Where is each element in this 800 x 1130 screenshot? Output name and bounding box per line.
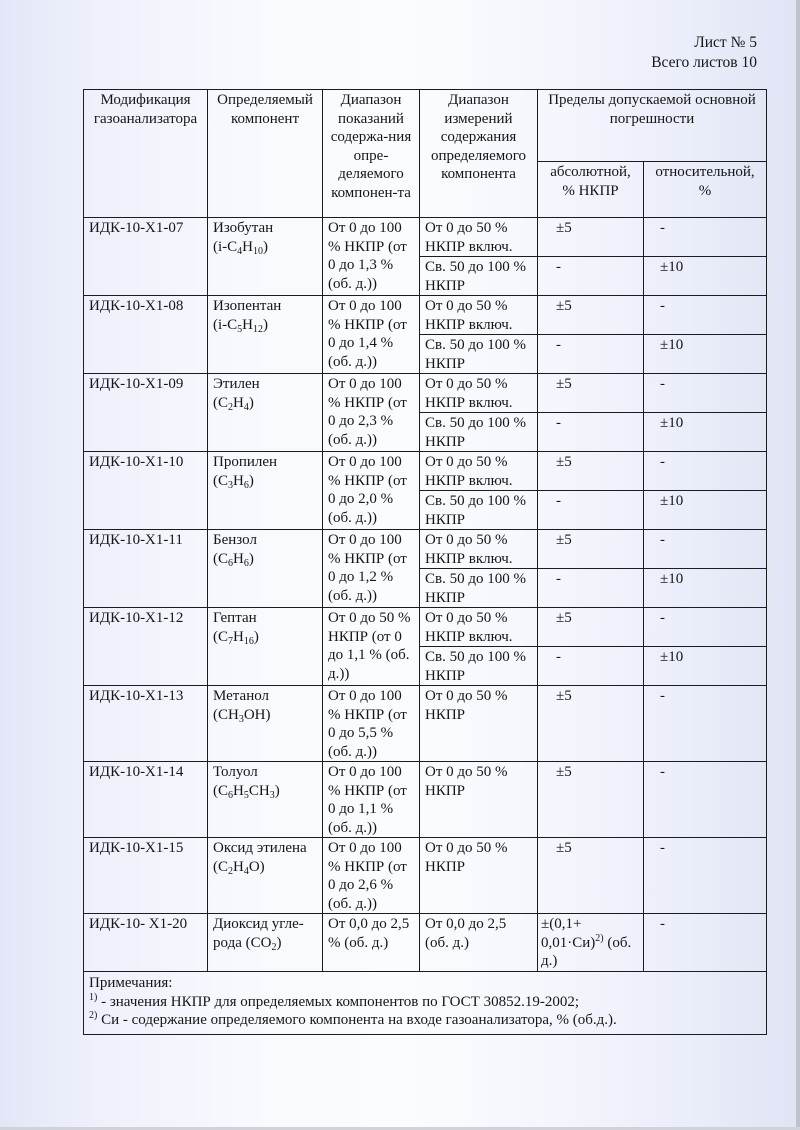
cell-component: Этилен(C2H4) xyxy=(208,374,323,452)
cell-display-range: От 0,0 до 2,5 % (об. д.) xyxy=(323,914,420,972)
cell-model: ИДК-10- Х1-20 xyxy=(84,914,208,972)
cell-component: Пропилен(C3H6) xyxy=(208,452,323,530)
component-formula: (C2H4) xyxy=(213,394,317,413)
cell-model: ИДК-10-Х1-14 xyxy=(84,762,208,838)
header-display-range: Диапазон показаний содержа-ния опре-деля… xyxy=(323,90,420,218)
component-formula: (C3H6) xyxy=(213,472,317,491)
cell-rel-error: - xyxy=(644,838,767,914)
cell-measure-range: От 0 до 50 % НКПР xyxy=(420,686,538,762)
note-item: 2) Си - содержание определяемого компоне… xyxy=(89,1011,761,1030)
cell-display-range: От 0 до 100 % НКПР (от 0 до 1,3 % (об. д… xyxy=(323,218,420,296)
cell-measure-range: От 0 до 50 % НКПР включ. xyxy=(420,452,538,491)
cell-component: Бензол(C6H6) xyxy=(208,530,323,608)
cell-model: ИДК-10-Х1-10 xyxy=(84,452,208,530)
cell-display-range: От 0 до 100 % НКПР (от 0 до 5,5 % (об. д… xyxy=(323,686,420,762)
cell-measure-range: От 0 до 50 % НКПР включ. xyxy=(420,374,538,413)
cell-display-range: От 0 до 100 % НКПР (от 0 до 1,2 % (об. д… xyxy=(323,530,420,608)
spec-table-body: Модификация газоанализатора Определяемый… xyxy=(84,90,767,1035)
cell-measure-range: От 0 до 50 % НКПР включ. xyxy=(420,218,538,257)
cell-abs-error: ±5 xyxy=(538,838,644,914)
cell-measure-range: Св. 50 до 100 % НКПР xyxy=(420,335,538,374)
cell-component: Оксид этилена(C2H4O) xyxy=(208,838,323,914)
cell-rel-error: ±10 xyxy=(644,257,767,296)
cell-abs-error: - xyxy=(538,413,644,452)
cell-component: Изобутан(i-C4H10) xyxy=(208,218,323,296)
spec-table: Модификация газоанализатора Определяемый… xyxy=(83,89,767,1035)
table-row: ИДК-10-Х1-13Метанол(CH3OH)От 0 до 100 % … xyxy=(84,686,767,762)
cell-abs-error: - xyxy=(538,647,644,686)
cell-abs-error: ±5 xyxy=(538,762,644,838)
cell-model: ИДК-10-Х1-12 xyxy=(84,608,208,686)
header-component: Определяемый компонент xyxy=(208,90,323,218)
component-formula: (C6H6) xyxy=(213,550,317,569)
table-row: ИДК-10-Х1-09Этилен(C2H4)От 0 до 100 % НК… xyxy=(84,374,767,413)
cell-measure-range: Св. 50 до 100 % НКПР xyxy=(420,413,538,452)
sheet-number: Лист № 5 xyxy=(651,33,757,53)
table-row: ИДК-10-Х1-07Изобутан(i-C4H10)От 0 до 100… xyxy=(84,218,767,257)
header-row: Модификация газоанализатора Определяемый… xyxy=(84,90,767,162)
cell-rel-error: - xyxy=(644,914,767,972)
footnote-marker: 1) xyxy=(89,992,97,1003)
component-name: Оксид этилена xyxy=(213,839,317,858)
cell-display-range: От 0 до 100 % НКПР (от 0 до 1,1 % (об. д… xyxy=(323,762,420,838)
component-formula: (i-C4H10) xyxy=(213,238,317,257)
header-absolute: абсолютной, % НКПР xyxy=(538,162,644,218)
cell-model: ИДК-10-Х1-15 xyxy=(84,838,208,914)
table-row: ИДК-10-Х1-12Гептан(C7H16)От 0 до 50 % НК… xyxy=(84,608,767,647)
cell-component: Изопентан(i-C5H12) xyxy=(208,296,323,374)
component-name: Метанол xyxy=(213,687,317,706)
cell-measure-range: От 0,0 до 2,5 (об. д.) xyxy=(420,914,538,972)
notes-cell: Примечания:1) - значения НКПР для опреде… xyxy=(84,972,767,1035)
cell-model: ИДК-10-Х1-11 xyxy=(84,530,208,608)
table-row: ИДК-10-Х1-11Бензол(C6H6)От 0 до 100 % НК… xyxy=(84,530,767,569)
cell-abs-error: - xyxy=(538,257,644,296)
cell-component: Гептан(C7H16) xyxy=(208,608,323,686)
cell-model: ИДК-10-Х1-09 xyxy=(84,374,208,452)
component-formula: (C7H16) xyxy=(213,628,317,647)
cell-rel-error: - xyxy=(644,608,767,647)
cell-display-range: От 0 до 100 % НКПР (от 0 до 2,3 % (об. д… xyxy=(323,374,420,452)
cell-abs-error: ±5 xyxy=(538,530,644,569)
component-formula: (C6H5CH3) xyxy=(213,782,317,801)
notes-title: Примечания: xyxy=(89,974,761,993)
header-relative: относительной, % xyxy=(644,162,767,218)
component-formula: (C2H4O) xyxy=(213,858,317,877)
cell-abs-error: ±5 xyxy=(538,296,644,335)
table-row: ИДК-10-Х1-14Толуол(C6H5CH3)От 0 до 100 %… xyxy=(84,762,767,838)
cell-rel-error: - xyxy=(644,686,767,762)
table-row: ИДК-10-Х1-10Пропилен(C3H6)От 0 до 100 % … xyxy=(84,452,767,491)
scan-edge-right xyxy=(796,0,800,1130)
table-row: ИДК-10-Х1-15Оксид этилена(C2H4O)От 0 до … xyxy=(84,838,767,914)
cell-component: Метанол(CH3OH) xyxy=(208,686,323,762)
cell-measure-range: Св. 50 до 100 % НКПР xyxy=(420,569,538,608)
cell-abs-error: ±5 xyxy=(538,218,644,257)
table-row: ИДК-10-Х1-08Изопентан(i-C5H12)От 0 до 10… xyxy=(84,296,767,335)
cell-abs-error: ±5 xyxy=(538,608,644,647)
component-name: Изобутан xyxy=(213,219,317,238)
cell-measure-range: От 0 до 50 % НКПР включ. xyxy=(420,296,538,335)
cell-rel-error: ±10 xyxy=(644,491,767,530)
cell-rel-error: - xyxy=(644,762,767,838)
cell-component: Толуол(C6H5CH3) xyxy=(208,762,323,838)
header-modification: Модификация газоанализатора xyxy=(84,90,208,218)
cell-rel-error: ±10 xyxy=(644,335,767,374)
component-formula: (CO2) xyxy=(242,935,282,951)
cell-abs-error: ±5 xyxy=(538,686,644,762)
cell-measure-range: Св. 50 до 100 % НКПР xyxy=(420,491,538,530)
cell-measure-range: От 0 до 50 % НКПР xyxy=(420,762,538,838)
component-name: Пропилен xyxy=(213,453,317,472)
cell-display-range: От 0 до 100 % НКПР (от 0 до 2,0 % (об. д… xyxy=(323,452,420,530)
sheet-total: Всего листов 10 xyxy=(651,53,757,73)
cell-measure-range: Св. 50 до 100 % НКПР xyxy=(420,257,538,296)
cell-measure-range: От 0 до 50 % НКПР включ. xyxy=(420,530,538,569)
component-name: Толуол xyxy=(213,763,317,782)
component-name: Этилен xyxy=(213,375,317,394)
cell-display-range: От 0 до 100 % НКПР (от 0 до 1,4 % (об. д… xyxy=(323,296,420,374)
cell-abs-error: ±5 xyxy=(538,374,644,413)
cell-rel-error: ±10 xyxy=(644,647,767,686)
cell-rel-error: - xyxy=(644,452,767,491)
sheet-info: Лист № 5 Всего листов 10 xyxy=(651,33,757,73)
cell-rel-error: - xyxy=(644,218,767,257)
cell-abs-error: ±5 xyxy=(538,452,644,491)
cell-model: ИДК-10-Х1-08 xyxy=(84,296,208,374)
cell-measure-range: Св. 50 до 100 % НКПР xyxy=(420,647,538,686)
cell-rel-error: ±10 xyxy=(644,569,767,608)
header-measure-range: Диапазон измерений содержания определяем… xyxy=(420,90,538,218)
cell-rel-error: - xyxy=(644,374,767,413)
cell-display-range: От 0 до 50 % НКПР (от 0 до 1,1 % (об. д.… xyxy=(323,608,420,686)
component-name: Гептан xyxy=(213,609,317,628)
cell-model: ИДК-10-Х1-13 xyxy=(84,686,208,762)
cell-abs-error: - xyxy=(538,569,644,608)
component-formula: (i-C5H12) xyxy=(213,316,317,335)
notes-row: Примечания:1) - значения НКПР для опреде… xyxy=(84,972,767,1035)
cell-abs-error: - xyxy=(538,335,644,374)
note-item: 1) - значения НКПР для определяемых комп… xyxy=(89,993,761,1012)
component-formula: (CH3OH) xyxy=(213,706,317,725)
component-name: Изопентан xyxy=(213,297,317,316)
cell-rel-error: - xyxy=(644,530,767,569)
cell-rel-error: - xyxy=(644,296,767,335)
cell-abs-error: ±(0,1+ 0,01·Си)2) (об. д.) xyxy=(538,914,644,972)
footnote-marker: 2) xyxy=(89,1010,97,1021)
cell-measure-range: От 0 до 50 % НКПР включ. xyxy=(420,608,538,647)
cell-model: ИДК-10-Х1-07 xyxy=(84,218,208,296)
table-row: ИДК-10- Х1-20Диоксид угле-рода (CO2)От 0… xyxy=(84,914,767,972)
cell-display-range: От 0 до 100 % НКПР (от 0 до 2,6 % (об. д… xyxy=(323,838,420,914)
component-name: Бензол xyxy=(213,531,317,550)
cell-rel-error: ±10 xyxy=(644,413,767,452)
cell-measure-range: От 0 до 50 % НКПР xyxy=(420,838,538,914)
cell-component: Диоксид угле-рода (CO2) xyxy=(208,914,323,972)
header-error-limits: Пределы допускаемой основной погрешности xyxy=(538,90,767,162)
cell-abs-error: - xyxy=(538,491,644,530)
